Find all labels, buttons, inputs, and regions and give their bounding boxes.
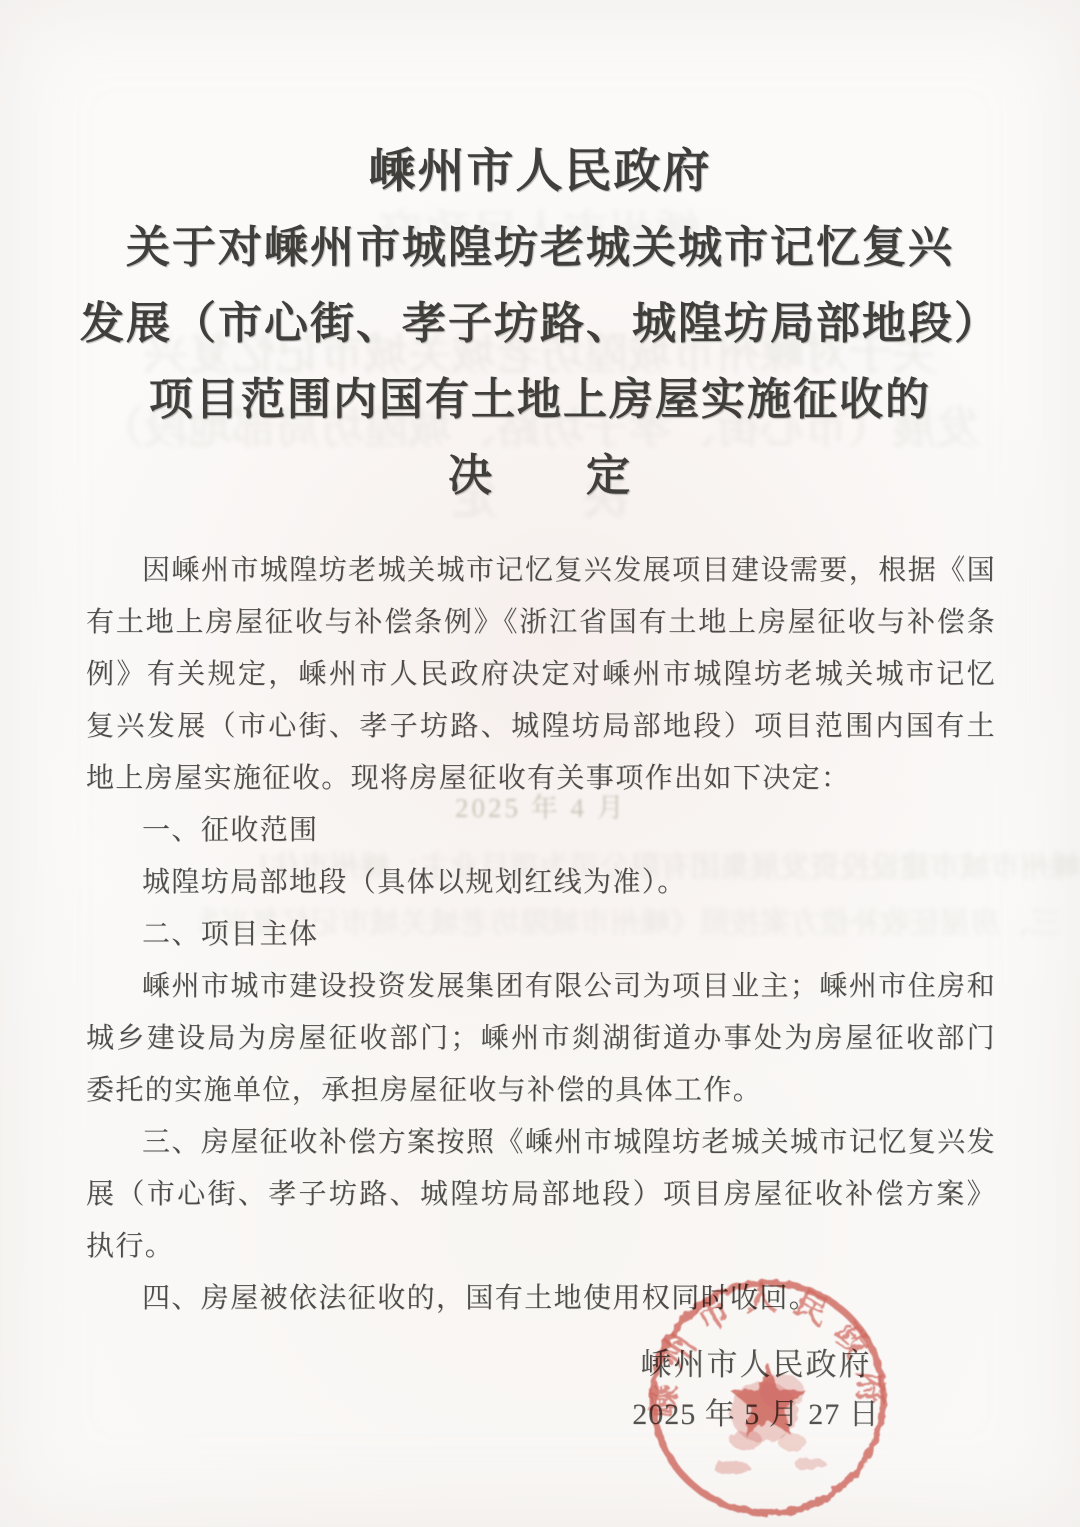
paragraph-intro: 因嵊州市城隍坊老城关城市记忆复兴发展项目建设需要，根据《国有土地上房屋征收与补偿… <box>86 545 996 805</box>
title-line-subject-2: 发展（市心街、孝子坊路、城隍坊局部地段） <box>0 286 1080 362</box>
document-page: 嵊州市人民政府 关于对嵊州市城隍坊老城关城市记忆复兴 发展（市心街、孝子坊路、城… <box>0 0 1080 1527</box>
title-line-subject-3: 项目范围内国有土地上房屋实施征收的 <box>0 362 1080 438</box>
title-line-issuer: 嵊州市人民政府 <box>0 134 1080 210</box>
section-2-heading: 二、项目主体 <box>86 909 996 961</box>
signature-date: 2025 年 5 月 27 日 <box>606 1390 906 1440</box>
document-body: 因嵊州市城隍坊老城关城市记忆复兴发展项目建设需要，根据《国有土地上房屋征收与补偿… <box>86 545 996 1325</box>
title-line-subject-1: 关于对嵊州市城隍坊老城关城市记忆复兴 <box>0 210 1080 286</box>
section-3-content: 三、房屋征收补偿方案按照《嵊州市城隍坊老城关城市记忆复兴发展（市心街、孝子坊路、… <box>86 1117 996 1273</box>
section-1-content: 城隍坊局部地段（具体以规划红线为准）。 <box>86 857 996 909</box>
title-line-decision: 决 定 <box>0 438 1080 514</box>
section-4-content: 四、房屋被依法征收的，国有土地使用权同时收回。 <box>86 1273 996 1325</box>
section-2-content: 嵊州市城市建设投资发展集团有限公司为项目业主；嵊州市住房和城乡建设局为房屋征收部… <box>86 961 996 1117</box>
signature-issuer: 嵊州市人民政府 <box>606 1340 906 1390</box>
signature-block: 嵊州市人民政府 2025 年 5 月 27 日 <box>606 1340 906 1440</box>
document-title: 嵊州市人民政府 关于对嵊州市城隍坊老城关城市记忆复兴 发展（市心街、孝子坊路、城… <box>0 134 1080 514</box>
section-1-heading: 一、征收范围 <box>86 805 996 857</box>
